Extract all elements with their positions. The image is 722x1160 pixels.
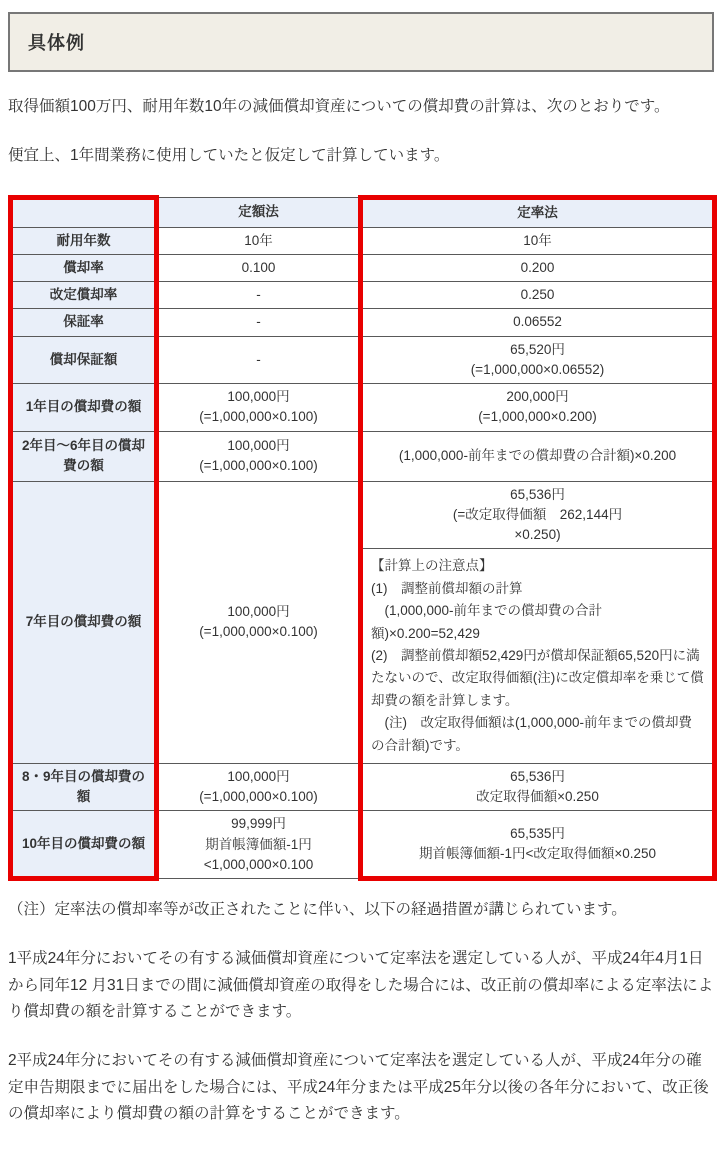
table-row-guarantee-amount: 償却保証額 - 65,520円 (=1,000,000×0.06552) (11, 336, 715, 384)
teiritsu-cell: (1,000,000-前年までの償却費の合計額)×0.200 (361, 431, 715, 481)
teigaku-cell: 100,000円 (=1,000,000×0.100) (157, 763, 361, 811)
teigaku-cell: - (157, 336, 361, 384)
teigaku-cell: 100,000円 (=1,000,000×0.100) (157, 431, 361, 481)
teiritsu-amount-cell: 65,536円 (=改定取得価額 262,144円 ×0.250) (361, 481, 715, 549)
depreciation-comparison-table: 定額法 定率法 耐用年数 10年 10年 償却率 0.100 0.200 改定償… (8, 195, 717, 881)
row-label: 7年目の償却費の額 (11, 481, 157, 763)
teiritsu-cell: 200,000円 (=1,000,000×0.200) (361, 384, 715, 432)
footnote-note-paragraph: （注）定率法の償却率等が改正されたことに伴い、以下の経過措置が講じられています。 (8, 897, 714, 924)
section-heading: 具体例 (28, 33, 85, 53)
table-row-guarantee-rate: 保証率 - 0.06552 (11, 309, 715, 336)
teigaku-cell: 100,000円 (=1,000,000×0.100) (157, 481, 361, 763)
teigaku-cell: - (157, 282, 361, 309)
row-label: 償却率 (11, 254, 157, 281)
table-row-year10: 10年目の償却費の額 99,999円 期首帳簿価額-1円 <1,000,000×… (11, 811, 715, 879)
row-label: 2年目～6年目の償却費の額 (11, 431, 157, 481)
teiritsu-cell: 0.250 (361, 282, 715, 309)
table-row-year2-6: 2年目～6年目の償却費の額 100,000円 (=1,000,000×0.100… (11, 431, 715, 481)
teiritsu-note-cell: 【計算上の注意点】 (1) 調整前償却額の計算 (1,000,000-前年までの… (361, 549, 715, 764)
teiritsu-cell: 65,536円 改定取得価額×0.250 (361, 763, 715, 811)
teigaku-cell: 10年 (157, 227, 361, 254)
transition-measure-paragraph-1: 1平成24年分においてその有する減価償却資産について定率法を選定している人が、平… (8, 946, 714, 1026)
row-label: 耐用年数 (11, 227, 157, 254)
table-row-useful-life: 耐用年数 10年 10年 (11, 227, 715, 254)
section-heading-box: 具体例 (8, 12, 714, 72)
table-header-row: 定額法 定率法 (11, 198, 715, 227)
table-row-depreciation-rate: 償却率 0.100 0.200 (11, 254, 715, 281)
row-label: 1年目の償却費の額 (11, 384, 157, 432)
intro-paragraph-1: 取得価額100万円、耐用年数10年の減価償却資産についての償却費の計算は、次のと… (8, 94, 714, 121)
teiritsu-cell: 10年 (361, 227, 715, 254)
teiritsu-cell: 65,535円 期首帳簿価額-1円<改定取得価額×0.250 (361, 811, 715, 879)
teigaku-cell: 100,000円 (=1,000,000×0.100) (157, 384, 361, 432)
row-label: 償却保証額 (11, 336, 157, 384)
table-row-year8-9: 8・9年目の償却費の額 100,000円 (=1,000,000×0.100) … (11, 763, 715, 811)
table-row-year7: 7年目の償却費の額 100,000円 (=1,000,000×0.100) 65… (11, 481, 715, 549)
column-header-teiritsu: 定率法 (361, 198, 715, 227)
row-label: 8・9年目の償却費の額 (11, 763, 157, 811)
page: 具体例 取得価額100万円、耐用年数10年の減価償却資産についての償却費の計算は… (0, 0, 722, 1160)
intro-paragraph-2: 便宜上、1年間業務に使用していたと仮定して計算しています。 (8, 143, 714, 170)
teigaku-cell: - (157, 309, 361, 336)
teiritsu-cell: 0.06552 (361, 309, 715, 336)
teigaku-cell: 99,999円 期首帳簿価額-1円 <1,000,000×0.100 (157, 811, 361, 879)
transition-measure-paragraph-2: 2平成24年分においてその有する減価償却資産について定率法を選定している人が、平… (8, 1048, 714, 1128)
corner-cell (11, 198, 157, 227)
teigaku-cell: 0.100 (157, 254, 361, 281)
table-row-revised-rate: 改定償却率 - 0.250 (11, 282, 715, 309)
row-label: 改定償却率 (11, 282, 157, 309)
teiritsu-cell: 65,520円 (=1,000,000×0.06552) (361, 336, 715, 384)
row-label: 保証率 (11, 309, 157, 336)
table-row-year1: 1年目の償却費の額 100,000円 (=1,000,000×0.100) 20… (11, 384, 715, 432)
column-header-teigaku: 定額法 (157, 198, 361, 227)
teiritsu-cell: 0.200 (361, 254, 715, 281)
row-label: 10年目の償却費の額 (11, 811, 157, 879)
